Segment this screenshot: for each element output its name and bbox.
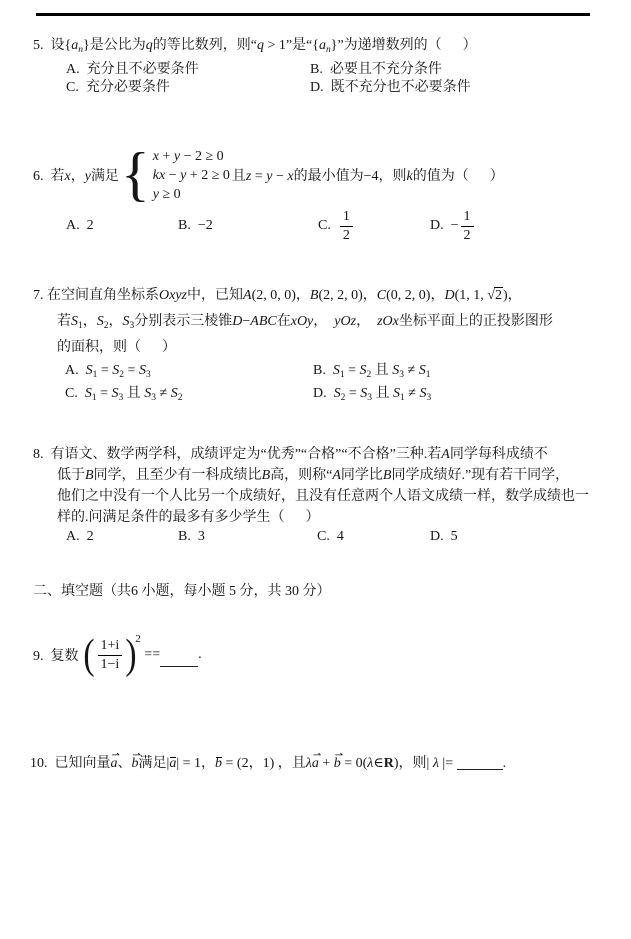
text-run: ，: [71, 169, 85, 184]
math-it: Oxyz: [159, 288, 187, 303]
text-run: ，: [109, 314, 123, 329]
answer-blank: [160, 662, 198, 667]
text-run: 在: [277, 314, 291, 329]
q6-option-a: A. 2: [66, 208, 94, 244]
text-run: ≠: [404, 363, 419, 378]
text-run: 分别表示三棱锥: [134, 314, 232, 329]
q8-option-a: A. 2: [66, 528, 94, 546]
question-8-line-2: 低于B同学，且至少有一科成绩比B高，则称“A同学比B同学成绩好.”现有若干同学，: [57, 467, 569, 485]
q5-option-c: C. 充分必要条件: [66, 79, 170, 97]
text-run: ，: [83, 314, 97, 329]
math-it: S: [419, 363, 426, 378]
math-it: S: [71, 314, 78, 329]
text-run: 坐标平面上的正投影图形: [399, 314, 553, 329]
math-it: C: [377, 288, 386, 303]
math-it: ABC: [250, 314, 276, 329]
text-run: 9. 复数: [33, 645, 79, 665]
q7-option-b: B. S1 = S2 且 S3 ≠ S1: [313, 362, 430, 384]
math-it: a: [319, 38, 326, 53]
q5-option-a: A. 充分且不必要条件: [66, 61, 199, 79]
text-run: (0, 2, 0)，: [386, 288, 444, 303]
text-run: ==: [141, 647, 160, 663]
paren: (: [83, 634, 94, 676]
vector-bar: a: [169, 755, 176, 773]
text-run: ≠: [156, 386, 171, 401]
q7-option-c: C. S1 = S3 且 S3 ≠ S2: [65, 385, 182, 407]
q8-option-b: B. 3: [178, 528, 205, 546]
exam-page: 5. 设{an}是公比为q的等比数列，则“q > 1”是“{an}”为递增数列的…: [0, 0, 631, 939]
text-run: ，: [313, 314, 334, 329]
text-run: (2, 2, 0)，: [318, 288, 376, 303]
math-it: S: [123, 314, 130, 329]
text-run: B.: [313, 363, 333, 378]
question-7-line-2: 若S1，S2，S3分别表示三棱锥D−ABC在xOy， yOz， zOx坐标平面上…: [57, 313, 553, 335]
math-it: B: [85, 468, 94, 483]
math-bd: R: [384, 756, 394, 771]
text-run: +: [159, 149, 174, 164]
section-2-header: 二、填空题（共6 小题，每小题 5 分，共 30 分）: [33, 583, 331, 601]
text-run: )，: [503, 288, 522, 303]
q7-option-d: D. S2 = S3 且 S1 ≠ S3: [313, 385, 431, 407]
text-run: 若: [57, 314, 71, 329]
vector-bar: b: [215, 755, 222, 773]
question-6-text: 6. 若x，y满足 { x + y − 2 ≥ 0 kx − y + 2 ≥ 0…: [33, 145, 504, 205]
text-run: 10. 已知向量: [30, 756, 111, 771]
text-run: −: [272, 169, 287, 184]
q6-option-b: B. −2: [178, 208, 213, 244]
text-run: 且: [372, 386, 393, 401]
text-run: | = 1，: [176, 756, 215, 771]
text-run: 的最小值为−4，则: [294, 169, 407, 184]
question-9-text: 9. 复数(1+i1−i)2 ==.: [33, 632, 202, 678]
math-it: xOy: [291, 314, 314, 329]
math-it: S: [334, 386, 341, 401]
math-it: S: [85, 386, 92, 401]
text-run: A.: [65, 363, 86, 378]
text-run: 满足: [139, 756, 167, 771]
math-sub: 3: [146, 370, 151, 380]
math-it: yOz: [334, 314, 356, 329]
text-run: A. 2: [66, 218, 94, 234]
question-7-line-1: 7. 在空间直角坐标系Oxyz中，已知A(2, 0, 0)，B(2, 2, 0)…: [33, 287, 522, 305]
question-8-line-3: 他们之中没有一个人比另一个成绩好，且没有任意两个人语文成绩一样，数学成绩也一: [57, 488, 589, 506]
question-10-text: 10. 已知向量a、b满足|a| = 1，b = (2，1) ，且λa + b …: [30, 755, 506, 773]
text-run: 5. 设{: [33, 38, 71, 53]
math-it: q: [257, 38, 264, 53]
text-run: 低于: [57, 468, 85, 483]
vector-arrow: b: [334, 755, 341, 773]
question-8-line-1: 8. 有语文、数学两学科，成绩评定为“优秀”“合格”“不合格”三种.若A同学每科…: [33, 446, 548, 464]
q6-option-c: C. 12: [318, 208, 355, 244]
math-it: S: [171, 386, 178, 401]
text-run: .: [503, 756, 507, 771]
text-run: = (2，1) ，且: [222, 756, 306, 771]
text-run: = 0(: [341, 756, 368, 771]
inequality-system: x + y − 2 ≥ 0 kx − y + 2 ≥ 0 y ≥ 0: [153, 147, 230, 204]
text-run: =: [124, 363, 139, 378]
math-it: S: [360, 363, 367, 378]
text-run: 满足: [91, 169, 119, 184]
text-run: =: [345, 386, 360, 401]
text-run: 且: [123, 386, 144, 401]
q8-option-d: D. 5: [430, 528, 458, 546]
text-run: 7. 在空间直角坐标系: [33, 288, 159, 303]
text-run: 6. 若: [33, 169, 65, 184]
vector-arrow: a: [312, 755, 319, 773]
text-run: D. −: [430, 218, 459, 234]
text-run: 同学成绩好.”现有若干同学，: [391, 468, 569, 483]
radical: √2: [487, 287, 503, 303]
text-run: )，则|: [394, 756, 433, 771]
q6-prefix: 6. 若x，y满足: [33, 165, 119, 185]
text-run: 同学比: [341, 468, 383, 483]
text-run: =: [97, 386, 112, 401]
text-run: 的面积，则（ ）: [57, 340, 176, 355]
paren: ): [126, 634, 137, 676]
top-rule: [36, 13, 590, 16]
math-it: S: [333, 363, 340, 378]
text-run: =: [97, 363, 112, 378]
math-it: A: [332, 468, 341, 483]
text-run: − 2 ≥ 0: [180, 149, 224, 164]
text-run: 的等比数列，则“: [153, 38, 257, 53]
text-run: =: [251, 169, 266, 184]
math-it: S: [86, 363, 93, 378]
math-it: q: [146, 38, 153, 53]
math-it: A: [243, 288, 252, 303]
text-run: |=: [439, 756, 457, 771]
system-line-3: y ≥ 0: [153, 185, 230, 204]
text-run: =: [345, 363, 360, 378]
answer-blank: [457, 765, 503, 770]
text-run: ≠: [405, 386, 420, 401]
vector-arrow: a: [111, 755, 118, 773]
math-it: A: [441, 447, 450, 462]
text-run: + 2 ≥ 0: [186, 168, 230, 183]
text-run: C.: [65, 386, 85, 401]
text-run: }”为递增数列的（ ）: [331, 38, 477, 53]
text-run: B. −2: [178, 218, 213, 234]
q6-option-d: D. −12: [430, 208, 476, 244]
system-line-2: kx − y + 2 ≥ 0: [153, 166, 230, 185]
fraction: 12: [461, 209, 474, 243]
question-5-text: 5. 设{an}是公比为q的等比数列，则“q > 1”是“{an}”为递增数列的…: [33, 37, 477, 59]
text-run: 同学每科成绩不: [450, 447, 548, 462]
text-run: (1, 1,: [455, 288, 488, 303]
math-it: S: [139, 363, 146, 378]
q7-option-a: A. S1 = S2 = S3: [65, 362, 151, 384]
math-sub: 1: [426, 370, 431, 380]
text-run: 同学，且至少有一科成绩比: [94, 468, 262, 483]
math-it: D: [232, 314, 242, 329]
text-run: 8. 有语文、数学两学科，成绩评定为“优秀”“合格”“不合格”三种.若: [33, 447, 441, 462]
q6-suffix: 且z = y − x的最小值为−4，则k的值为（ ）: [232, 165, 504, 185]
question-7-line-3: 的面积，则（ ）: [57, 339, 176, 357]
vector-arrow: b: [132, 755, 139, 773]
system-line-1: x + y − 2 ≥ 0: [153, 147, 230, 166]
text-run: −: [165, 168, 180, 183]
text-run: ≥ 0: [159, 187, 181, 202]
text-run: D.: [313, 386, 334, 401]
system-brace: {: [121, 144, 150, 204]
text-run: ∈: [373, 756, 383, 771]
text-run: 他们之中没有一个人比另一个成绩好，且没有任意两个人语文成绩一样，数学成绩也一: [57, 489, 589, 504]
text-run: .: [198, 647, 202, 663]
math-it: S: [97, 314, 104, 329]
math-it: D: [444, 288, 454, 303]
text-run: 中，已知: [187, 288, 243, 303]
text-run: > 1”是“{: [264, 38, 319, 53]
question-8-line-4: 样的.问满足条件的最多有多少学生（ ）: [57, 509, 320, 527]
math-it: S: [393, 386, 400, 401]
fraction: 12: [340, 209, 353, 243]
q5-option-d: D. 既不充分也不必要条件: [310, 79, 471, 97]
text-run: ，: [356, 314, 377, 329]
q8-option-c: C. 4: [317, 528, 344, 546]
text-run: 高，则称“: [270, 468, 332, 483]
math-it: B: [262, 468, 271, 483]
text-run: C.: [318, 218, 338, 234]
math-it: S: [112, 386, 119, 401]
fraction: 1+i1−i: [98, 638, 123, 672]
text-run: 的值为（ ）: [413, 169, 504, 184]
math-sub: 2: [178, 393, 183, 403]
text-run: 且: [232, 169, 246, 184]
q5-option-b: B. 必要且不充分条件: [310, 61, 442, 79]
text-run: }是公比为: [83, 38, 146, 53]
math-sub: 3: [426, 393, 431, 403]
text-run: 样的.问满足条件的最多有多少学生（ ）: [57, 510, 320, 525]
text-run: 且: [371, 363, 392, 378]
math-it: zOx: [377, 314, 399, 329]
text-run: (2, 0, 0)，: [252, 288, 310, 303]
